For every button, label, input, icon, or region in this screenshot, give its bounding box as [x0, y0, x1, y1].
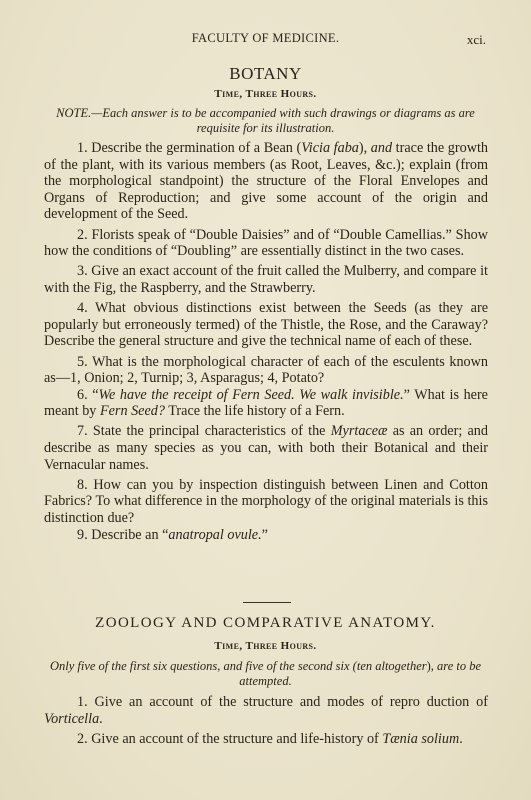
question-number: 2.	[77, 731, 88, 747]
text: Give an account of the structure and lif…	[88, 731, 383, 747]
botany-questions: 1. Describe the germination of a Bean (V…	[44, 140, 488, 543]
question-number: 5.	[77, 354, 88, 370]
botany-question: 6. “We have the receipt of Fern Seed. We…	[44, 387, 488, 420]
text: Trace the life history of a Fern.	[165, 403, 345, 419]
italic-text: Myrtaceæ	[331, 423, 388, 439]
italic-text: Only five of the first six questions, an…	[50, 659, 357, 673]
text: How can you by inspection distinguish be…	[44, 477, 488, 526]
question-number: 1.	[77, 140, 88, 156]
italic-text: We have the receipt of Fern Seed. We wal…	[99, 387, 404, 403]
text: .	[459, 731, 463, 747]
question-number: 9.	[77, 527, 88, 543]
zoology-title: ZOOLOGY AND COMPARATIVE ANATOMY.	[0, 615, 531, 632]
text: .	[99, 711, 103, 727]
document-page: FACULTY OF MEDICINE. xci. BOTANY Time, T…	[0, 0, 531, 800]
zoology-instructions: Only five of the first six questions, an…	[40, 659, 491, 689]
botany-question: 5. What is the morphological character o…	[44, 354, 488, 387]
question-number: 3.	[77, 263, 88, 279]
text: Give an exact account of the fruit calle…	[44, 263, 488, 296]
text: “	[88, 387, 99, 403]
zoology-question: 1. Give an account of the structure and …	[44, 694, 488, 727]
italic-text: and	[371, 140, 392, 156]
italic-text: Tænia solium	[382, 731, 459, 747]
italic-text: Fern Seed?	[100, 403, 165, 419]
question-number: 2.	[77, 227, 88, 243]
zoology-questions: 1. Give an account of the structure and …	[44, 694, 488, 747]
botany-question: 7. State the principal characteristics o…	[44, 423, 488, 473]
running-head: FACULTY OF MEDICINE. xci.	[0, 31, 531, 47]
botany-note: NOTE.—Each answer is to be accompanied w…	[40, 106, 491, 136]
text: Give an account of the structure and mod…	[88, 694, 488, 710]
note-text: —Each answer is to be accompanied with s…	[91, 106, 475, 135]
botany-time-limit: Time, Three Hours.	[0, 88, 531, 100]
zoology-time-limit: Time, Three Hours.	[0, 640, 531, 652]
italic-text: Vicia faba	[301, 140, 359, 156]
text: Describe the germination of a Bean (	[88, 140, 302, 156]
question-number: 7.	[77, 423, 88, 439]
zoology-question: 2. Give an account of the structure and …	[44, 731, 488, 748]
text: What obvious distinctions exist between …	[44, 300, 488, 349]
question-number: 4.	[77, 300, 88, 316]
running-title: FACULTY OF MEDICINE.	[0, 31, 531, 46]
text: Describe an “	[88, 527, 169, 543]
text: State the principal characteristics of t…	[88, 423, 331, 439]
text: ),	[359, 140, 371, 156]
italic-text: ten altogether	[357, 659, 427, 673]
question-number: 6.	[77, 387, 88, 403]
botany-question: 2. Florists speak of “Double Daisies” an…	[44, 227, 488, 260]
text: ”	[262, 527, 268, 543]
botany-question: 8. How can you by inspection distinguish…	[44, 477, 488, 527]
botany-title: BOTANY	[0, 64, 531, 84]
text: What is the morphological character of e…	[44, 354, 488, 387]
page-number: xci.	[467, 32, 486, 48]
text: Florists speak of “Double Daisies” and o…	[44, 227, 488, 260]
question-number: 1.	[77, 694, 88, 710]
botany-question: 3. Give an exact account of the fruit ca…	[44, 263, 488, 296]
botany-question: 1. Describe the germination of a Bean (V…	[44, 140, 488, 223]
section-divider	[243, 602, 291, 603]
botany-question: 4. What obvious distinctions exist betwe…	[44, 300, 488, 350]
question-number: 8.	[77, 477, 88, 493]
text: ),	[427, 659, 437, 673]
italic-text: Vorticella	[44, 711, 99, 727]
italic-text: anatropal ovule.	[168, 527, 261, 543]
note-label: NOTE.	[56, 106, 91, 120]
botany-question: 9. Describe an “anatropal ovule.”	[44, 527, 488, 544]
